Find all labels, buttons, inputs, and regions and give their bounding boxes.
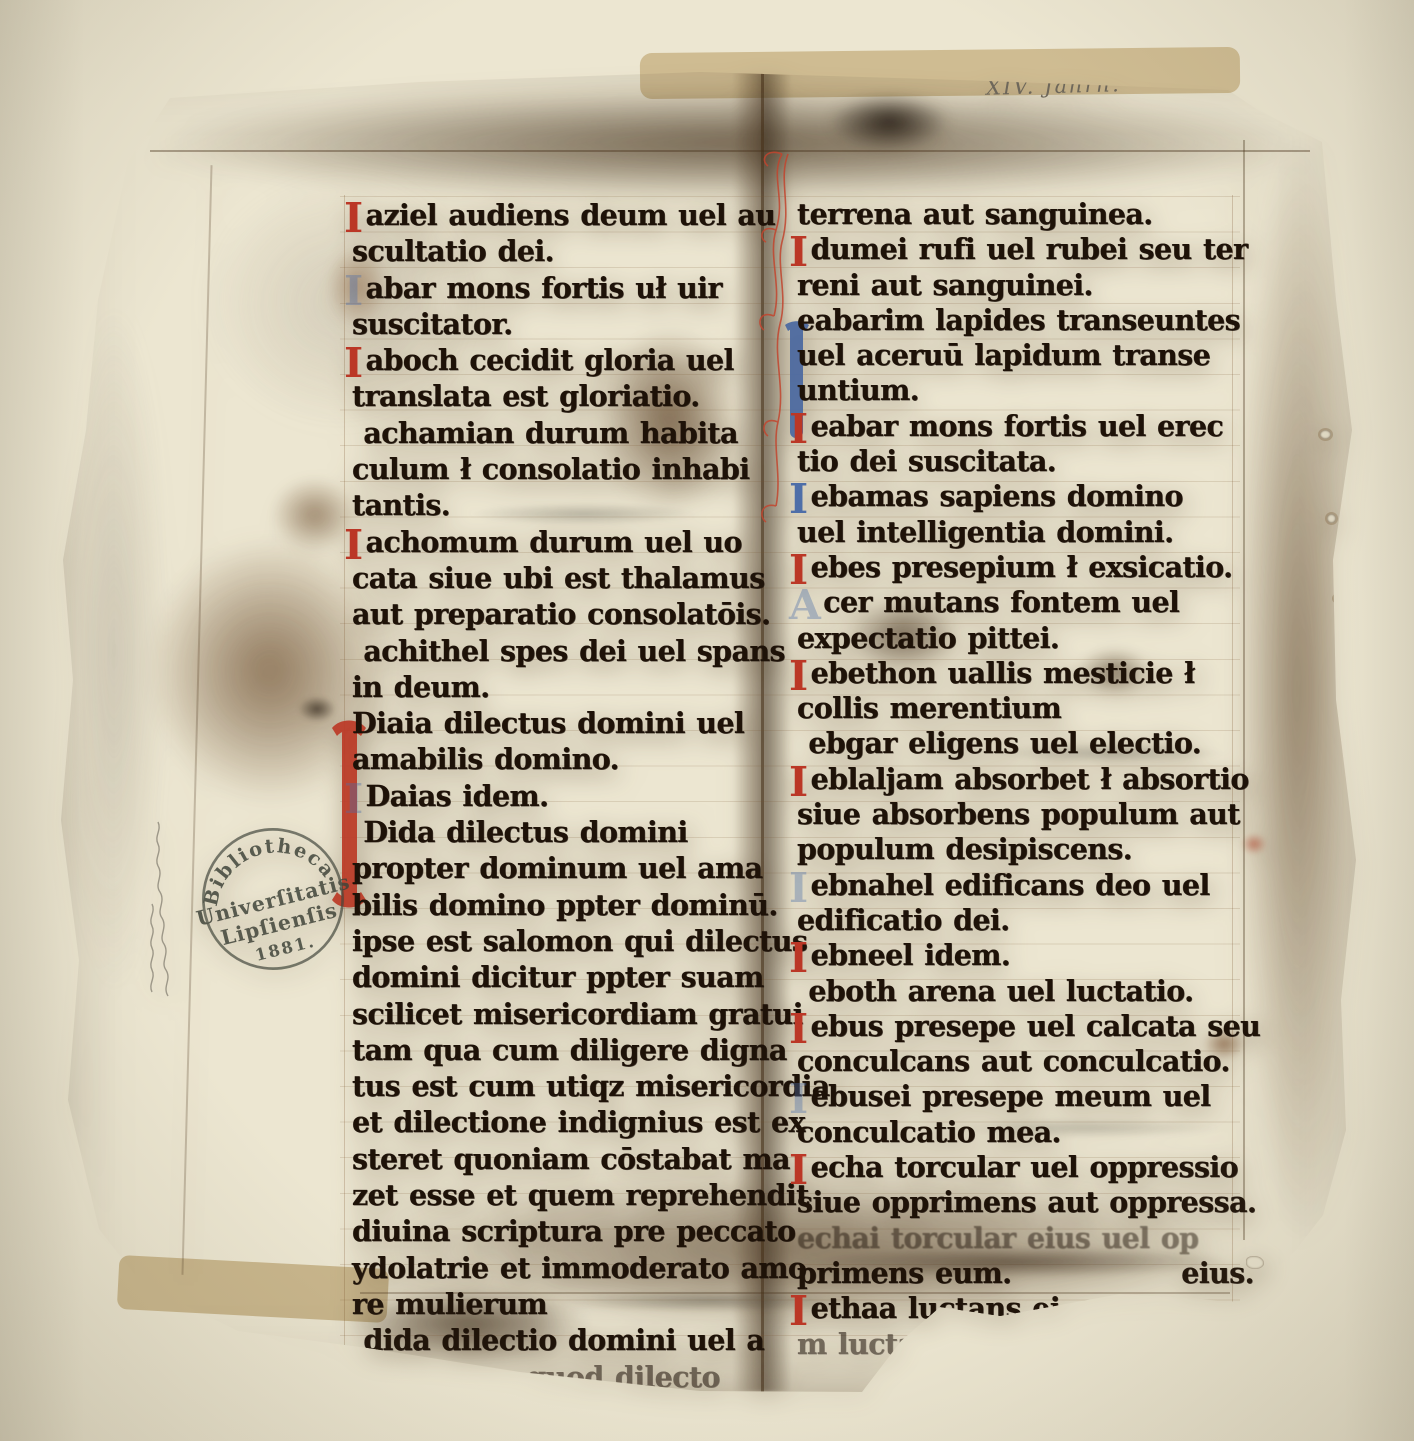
text-line: reni aut sanguinei. — [797, 268, 1237, 303]
line-text: Dida dilectus domini — [352, 815, 688, 849]
line-text: aut preparatio consolatōis. — [352, 597, 770, 631]
text-line: Acer mutans fontem uel — [797, 585, 1237, 620]
text-line: ipse est salomon qui dilectus — [352, 924, 782, 960]
text-line: Iaboch cecidit gloria uel — [352, 343, 782, 379]
line-text: m dilectus quod dilecto — [352, 1360, 720, 1394]
stain — [150, 86, 1310, 198]
text-line: cata siue ubi est thalamus — [352, 561, 782, 597]
line-text: siue absorbens populum aut — [797, 797, 1240, 831]
line-text: uel intelligentia domini. — [797, 515, 1173, 549]
text-line: edificatio dei. — [797, 903, 1237, 938]
text-line: Dida dilectus domini — [352, 815, 782, 851]
line-text: echa torcular uel oppressio — [811, 1150, 1238, 1184]
line-text: ebnahel edificans deo uel — [811, 868, 1210, 902]
right-text-column: terrena aut sanguinea.Idumei rufi uel ru… — [797, 197, 1237, 1362]
text-line: achamian durum habita — [352, 416, 782, 452]
text-line: steret quoniam cōstabat ma — [352, 1142, 782, 1178]
line-text: dida dilectio domini uel a — [352, 1323, 764, 1357]
turnin-crease-right — [1243, 140, 1245, 1240]
line-text: ethaa luctans ei uel arena — [811, 1291, 1219, 1325]
text-line: expectatio pittei. — [797, 621, 1237, 656]
text-line: zet esse et quem reprehendit — [352, 1178, 782, 1214]
text-line: tam qua cum diligere digna — [352, 1033, 782, 1069]
line-text: eabarim lapides transeuntes — [797, 303, 1240, 337]
text-line: Ieabar mons fortis uel erec — [797, 409, 1237, 444]
text-line: Idumei rufi uel rubei seu ter — [797, 232, 1237, 267]
line-text: expectatio pittei. — [797, 621, 1059, 655]
line-text: tio dei suscitata. — [797, 444, 1056, 478]
pencil-inscription — [138, 796, 186, 1006]
parchment-leaf: Iaziel audiens deum uel auscultatio dei.… — [0, 0, 1414, 1441]
line-text: collis merentium — [797, 691, 1061, 725]
text-line: IDaias idem. — [352, 779, 782, 815]
text-line: m luctatio eius — [797, 1327, 1237, 1362]
line-text: amabilis domino. — [352, 742, 619, 776]
line-text: primens eum. eius. — [797, 1256, 1254, 1290]
text-line: Iecha torcular uel oppressio — [797, 1150, 1237, 1185]
line-text: ebamas sapiens domino — [811, 479, 1183, 513]
text-line: Iabar mons fortis uł uir — [352, 271, 782, 307]
text-line: m dilectus quod dilecto — [352, 1360, 782, 1396]
line-text: ebgar eligens uel electio. — [797, 726, 1201, 760]
text-line: ydolatrie et immoderato amo — [352, 1251, 782, 1287]
text-line: Iebamas sapiens domino — [797, 479, 1237, 514]
text-line: ebgar eligens uel electio. — [797, 726, 1237, 761]
line-text: Diaia dilectus domini uel — [352, 706, 744, 740]
line-text: untium. — [797, 373, 919, 407]
text-line: Iebes presepium ł exsicatio. — [797, 550, 1237, 585]
line-text: cata siue ubi est thalamus — [352, 561, 765, 595]
line-text: edificatio dei. — [797, 903, 1010, 937]
line-text: echai torcular eius uel op — [797, 1221, 1199, 1255]
text-line: uel intelligentia domini. — [797, 515, 1237, 550]
stain — [1241, 833, 1267, 855]
line-text: eblaljam absorbet ł absortio — [811, 762, 1249, 796]
text-line: et dilectione indignius est ex — [352, 1105, 782, 1141]
stain — [1238, 128, 1356, 1250]
line-text: uel aceruū lapidum transe — [797, 338, 1210, 372]
text-line: echai torcular eius uel op — [797, 1221, 1237, 1256]
text-line: achithel spes dei uel spans — [352, 634, 782, 670]
line-text: terrena aut sanguinea. — [797, 197, 1153, 231]
line-text: ebusei presepe meum uel — [811, 1079, 1211, 1113]
text-line: conculcatio mea. — [797, 1115, 1237, 1150]
text-line: diuina scriptura pre peccato — [352, 1214, 782, 1250]
line-text: eboth arena uel luctatio. — [797, 974, 1193, 1008]
text-line: tantis. — [352, 488, 782, 524]
line-text: propter dominum uel ama — [352, 851, 762, 885]
text-line: Iebneel idem. — [797, 938, 1237, 973]
line-text: populum desipiscens. — [797, 832, 1132, 866]
text-line: amabilis domino. — [352, 742, 782, 778]
line-text: ebes presepium ł exsicatio. — [811, 550, 1233, 584]
text-line: culum ł consolatio inhabi — [352, 452, 782, 488]
line-text: Daias idem. — [366, 779, 549, 813]
line-text: tantis. — [352, 488, 450, 522]
line-text: translata est gloriatio. — [352, 379, 700, 413]
text-line: propter dominum uel ama — [352, 851, 782, 887]
worm-hole — [1327, 514, 1336, 523]
text-line: suscitator. — [352, 307, 782, 343]
line-text: dumei rufi uel rubei seu ter — [811, 232, 1248, 266]
line-text: achithel spes dei uel spans — [352, 634, 785, 668]
line-text: achomum durum uel uo — [366, 525, 742, 559]
text-line: bilis domino ppter dominū. — [352, 888, 782, 924]
line-text: ebneel idem. — [811, 938, 1011, 972]
text-line: Iaziel audiens deum uel au — [352, 198, 782, 234]
worm-hole — [1320, 430, 1331, 439]
line-text: achamian durum habita — [352, 416, 738, 450]
line-text: siue opprimens aut oppressa. — [797, 1185, 1256, 1219]
line-text: culum ł consolatio inhabi — [352, 452, 749, 486]
parchment-surface: Iaziel audiens deum uel auscultatio dei.… — [0, 0, 1414, 1441]
left-text-column: Iaziel audiens deum uel auscultatio dei.… — [352, 198, 782, 1396]
line-text: ydolatrie et immoderato amo — [352, 1251, 806, 1285]
text-line: scultatio dei. — [352, 234, 782, 270]
text-line: collis merentium — [797, 691, 1237, 726]
line-text: et dilectione indignius est ex — [352, 1105, 805, 1139]
line-text: ipse est salomon qui dilectus — [352, 924, 807, 958]
text-line: terrena aut sanguinea. — [797, 197, 1237, 232]
text-line: Diaia dilectus domini uel — [352, 706, 782, 742]
worm-hole — [1334, 595, 1342, 602]
line-text: conculcans aut conculcatio. — [797, 1044, 1230, 1078]
line-text: suscitator. — [352, 307, 513, 341]
turnin-crease-left — [181, 165, 212, 1275]
text-line: eabarim lapides transeuntes — [797, 303, 1237, 338]
text-line: eboth arena uel luctatio. — [797, 974, 1237, 1009]
text-line: in deum. — [352, 670, 782, 706]
line-text: ebethon uallis mesticie ł — [811, 656, 1195, 690]
text-line: Iebus presepe uel calcata seu — [797, 1009, 1237, 1044]
line-text: aboch cecidit gloria uel — [366, 343, 734, 377]
text-line: tus est cum utiqz misericordia — [352, 1069, 782, 1105]
line-text: steret quoniam cōstabat ma — [352, 1142, 790, 1176]
line-text: bilis domino ppter dominū. — [352, 888, 778, 922]
line-text: reni aut sanguinei. — [797, 268, 1093, 302]
line-text: in deum. — [352, 670, 490, 704]
line-text: aziel audiens deum uel au — [366, 198, 776, 232]
turnin-crease-top — [150, 150, 1310, 152]
text-line: dida dilectio domini uel a — [352, 1323, 782, 1359]
text-line: Iebnahel edificans deo uel — [797, 868, 1237, 903]
text-line: Ieblaljam absorbet ł absortio — [797, 762, 1237, 797]
text-line: tio dei suscitata. — [797, 444, 1237, 479]
text-line: Iachomum durum uel uo — [352, 525, 782, 561]
line-text: re mulierum — [352, 1287, 547, 1321]
text-line: uel aceruū lapidum transe — [797, 338, 1237, 373]
stain — [828, 94, 950, 150]
text-line: conculcans aut conculcatio. — [797, 1044, 1237, 1079]
text-line: re mulierum — [352, 1287, 782, 1323]
line-text: abar mons fortis uł uir — [366, 271, 722, 305]
line-text: domini dicitur ppter suam — [352, 960, 764, 994]
text-line: translata est gloriatio. — [352, 379, 782, 415]
text-line: untium. — [797, 373, 1237, 408]
line-text: conculcatio mea. — [797, 1115, 1061, 1149]
line-text: diuina scriptura pre peccato — [352, 1214, 795, 1248]
line-text: tam qua cum diligere digna — [352, 1033, 787, 1067]
text-line: siue opprimens aut oppressa. — [797, 1185, 1237, 1220]
line-text: tus est cum utiqz misericordia — [352, 1069, 830, 1103]
line-text: cer mutans fontem uel — [823, 585, 1179, 619]
line-text: zet esse et quem reprehendit — [352, 1178, 809, 1212]
text-line: aut preparatio consolatōis. — [352, 597, 782, 633]
line-text: scultatio dei. — [352, 234, 554, 268]
text-line: domini dicitur ppter suam — [352, 960, 782, 996]
date-annotation: XIV. Jahrh. — [986, 72, 1121, 100]
line-text: ebus presepe uel calcata seu — [811, 1009, 1261, 1043]
manuscript-photo: Iaziel audiens deum uel auscultatio dei.… — [0, 0, 1414, 1441]
text-line: populum desipiscens. — [797, 832, 1237, 867]
text-line: siue absorbens populum aut — [797, 797, 1237, 832]
line-text: m luctatio eius — [797, 1327, 1031, 1361]
line-text: scilicet misericordiam gratui — [352, 997, 803, 1031]
text-line: Iebethon uallis mesticie ł — [797, 656, 1237, 691]
text-line: scilicet misericordiam gratui — [352, 997, 782, 1033]
text-line: Iethaa luctans ei uel arena — [797, 1291, 1237, 1326]
line-text: eabar mons fortis uel erec — [811, 409, 1224, 443]
text-line: Iebusei presepe meum uel — [797, 1079, 1237, 1114]
text-line: primens eum. eius. — [797, 1256, 1237, 1291]
